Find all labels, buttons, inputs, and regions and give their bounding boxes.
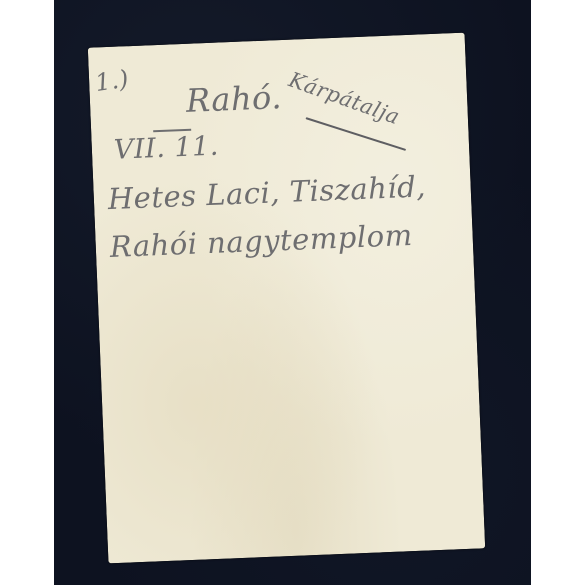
scene: 1.) Rahó. Kárpátalja VII. 11. Hetes Laci… bbox=[0, 0, 585, 585]
region-name: Kárpátalja bbox=[286, 68, 403, 130]
caption-line-2: Rahói nagytemplom bbox=[109, 218, 413, 264]
place-name: Rahó. bbox=[185, 78, 282, 120]
photo-card-back: 1.) Rahó. Kárpátalja VII. 11. Hetes Laci… bbox=[88, 33, 485, 564]
item-number: 1.) bbox=[93, 65, 130, 98]
date-note: VII. 11. bbox=[113, 131, 219, 166]
caption-line-1: Hetes Laci, Tiszahíd, bbox=[107, 169, 426, 216]
